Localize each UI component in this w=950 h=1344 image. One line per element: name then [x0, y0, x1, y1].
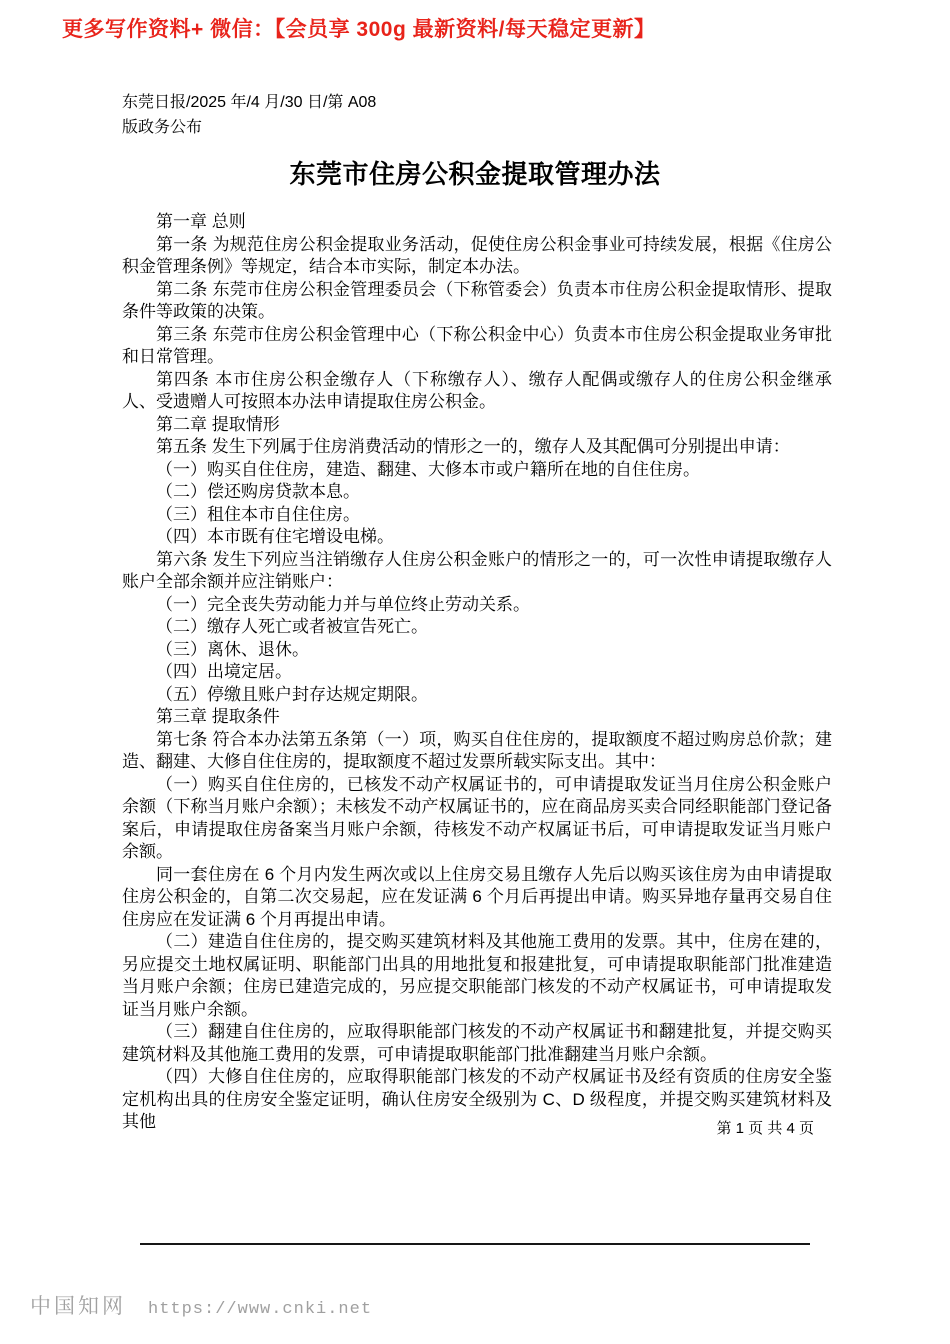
- body-paragraph: 第一条 为规范住房公积金提取业务活动，促使住房公积金事业可持续发展，根据《住房公…: [122, 234, 832, 279]
- body-paragraph: 第六条 发生下列应当注销缴存人住房公积金账户的情形之一的，可一次性申请提取缴存人…: [122, 549, 832, 594]
- body-paragraph: 第五条 发生下列属于住房消费活动的情形之一的，缴存人及其配偶可分别提出申请：: [122, 436, 832, 459]
- document-body: 第一章 总则 第一条 为规范住房公积金提取业务活动，促使住房公积金事业可持续发展…: [122, 211, 832, 1134]
- watermark: 中国知网https://www.cnki.net: [30, 1290, 372, 1320]
- document-title: 东莞市住房公积金提取管理办法: [0, 154, 950, 191]
- promo-banner: 更多写作资料+ 微信：【会员享 300g 最新资料/每天稳定更新】: [62, 13, 655, 43]
- body-paragraph: （四）本市既有住宅增设电梯。: [122, 526, 832, 549]
- body-paragraph: 第二章 提取情形: [122, 414, 832, 437]
- body-paragraph: （二）偿还购房贷款本息。: [122, 481, 832, 504]
- source-header: 东莞日报/2025 年/4 月/30 日/第 A08 版政务公布: [122, 90, 376, 140]
- body-paragraph: 第二条 东莞市住房公积金管理委员会（下称管委会）负责本市住房公积金提取情形、提取…: [122, 279, 832, 324]
- body-paragraph: 第四条 本市住房公积金缴存人（下称缴存人）、缴存人配偶或缴存人的住房公积金继承人…: [122, 369, 832, 414]
- document-page: 更多写作资料+ 微信：【会员享 300g 最新资料/每天稳定更新】 东莞日报/2…: [0, 0, 950, 1344]
- body-paragraph: 第七条 符合本办法第五条第（一）项，购买自住住房的，提取额度不超过购房总价款；建…: [122, 729, 832, 774]
- body-paragraph: （五）停缴且账户封存达规定期限。: [122, 684, 832, 707]
- body-paragraph: （三）离休、退休。: [122, 639, 832, 662]
- body-paragraph: （三）翻建自住住房的，应取得职能部门核发的不动产权属证书和翻建批复，并提交购买建…: [122, 1021, 832, 1066]
- body-paragraph: （一）完全丧失劳动能力并与单位终止劳动关系。: [122, 594, 832, 617]
- page-indicator: 第 1 页 共 4 页: [122, 1117, 814, 1138]
- cnki-logo-text: 中国知网: [30, 1294, 126, 1318]
- cnki-url-text: https://www.cnki.net: [148, 1300, 372, 1319]
- body-paragraph: （一）购买自住住房的，已核发不动产权属证书的，可申请提取发证当月住房公积金账户余…: [122, 774, 832, 864]
- body-paragraph: 第一章 总则: [122, 211, 832, 234]
- body-paragraph: （三）租住本市自住住房。: [122, 504, 832, 527]
- body-paragraph: 第三条 东莞市住房公积金管理中心（下称公积金中心）负责本市住房公积金提取业务审批…: [122, 324, 832, 369]
- footer-divider-line: [140, 1243, 810, 1245]
- body-paragraph: （一）购买自住住房，建造、翻建、大修本市或户籍所在地的自住住房。: [122, 459, 832, 482]
- source-header-line: 版政务公布: [122, 115, 376, 140]
- body-paragraph: （二）缴存人死亡或者被宣告死亡。: [122, 616, 832, 639]
- body-paragraph: 第三章 提取条件: [122, 706, 832, 729]
- body-paragraph: 同一套住房在 6 个月内发生两次或以上住房交易且缴存人先后以购买该住房为由申请提…: [122, 864, 832, 932]
- body-paragraph: （二）建造自住住房的，提交购买建筑材料及其他施工费用的发票。其中，住房在建的，另…: [122, 931, 832, 1021]
- body-paragraph: （四）出境定居。: [122, 661, 832, 684]
- source-header-line: 东莞日报/2025 年/4 月/30 日/第 A08: [122, 90, 376, 115]
